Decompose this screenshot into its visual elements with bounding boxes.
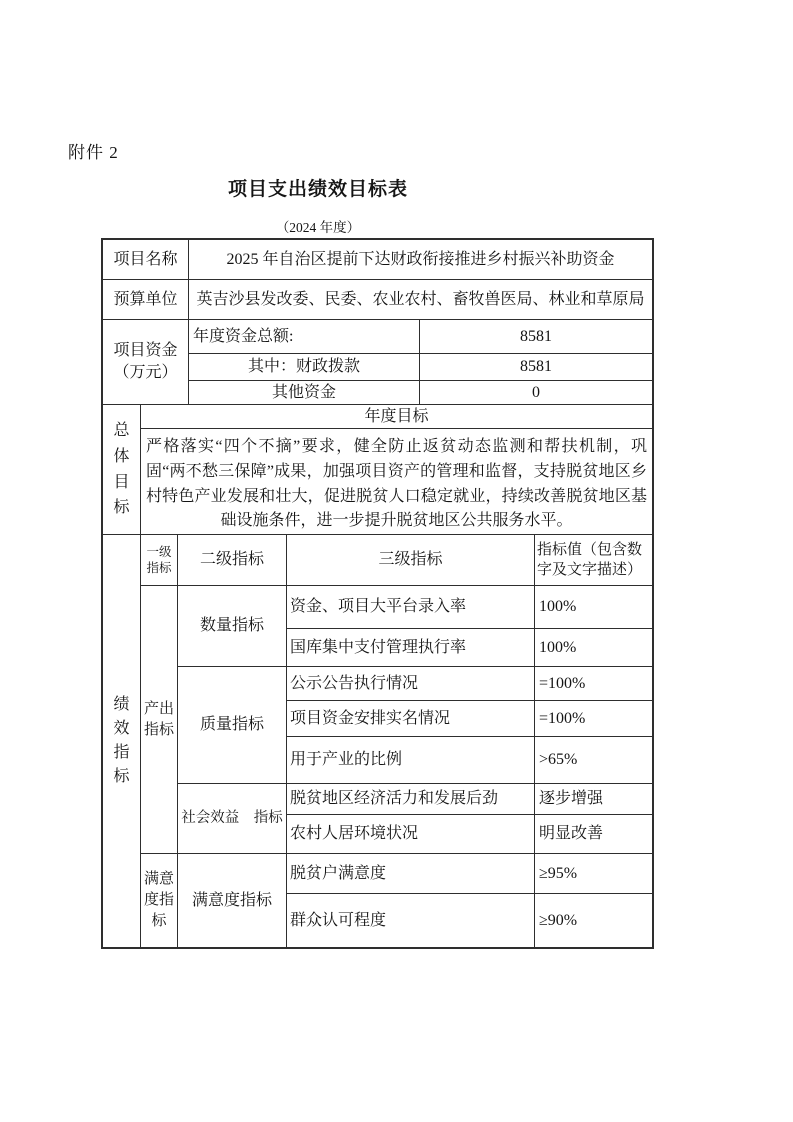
indicator-cell: 脱贫户满意度 [287,854,535,894]
header-level2: 二级指标 [178,535,287,586]
budget-unit-value: 英吉沙县发改委、民委、农业农村、畜牧兽医局、林业和草原局 [189,280,652,320]
fund-item-fiscal: 其中：财政拨款 [189,354,420,381]
header-level1: 一级 指标 [141,535,178,586]
indicator-value-cell: =100% [535,701,652,737]
level2-group-quantity: 数量指标 [178,586,287,667]
budget-unit-label: 预算单位 [103,280,189,320]
indicator-value-cell: 逐步增强 [535,784,652,815]
indicator-cell: 农村人居环境状况 [287,815,535,854]
performance-label: 绩 效 指 标 [103,535,141,947]
project-name-value: 2025 年自治区提前下达财政衔接推进乡村振兴补助资金 [189,240,652,280]
fund-amount-other: 0 [420,381,652,405]
project-funds-label: 项目资金 （万元） [103,320,189,405]
page-subtitle: （2024 年度） [68,216,568,236]
indicator-value-cell: 100% [535,586,652,629]
indicator-cell: 国库集中支付管理执行率 [287,629,535,667]
fund-item-other: 其他资金 [189,381,420,405]
level1-group-satisfaction: 满意 度指 标 [141,854,178,947]
level2-group-quality: 质量指标 [178,667,287,784]
fund-amount-fiscal: 8581 [420,354,652,381]
indicator-value-cell: >65% [535,737,652,784]
indicator-value-cell: 100% [535,629,652,667]
fund-item-total: 年度资金总额: [189,320,420,354]
indicator-cell: 公示公告执行情况 [287,667,535,701]
overall-goal-label: 总 体 目 标 [103,405,141,535]
performance-target-table: 项目名称 2025 年自治区提前下达财政衔接推进乡村振兴补助资金 预算单位 英吉… [101,238,654,949]
level2-group-satisfaction: 满意度指标 [178,854,287,947]
indicator-value-cell: =100% [535,667,652,701]
indicator-cell: 脱贫地区经济活力和发展后劲 [287,784,535,815]
indicator-cell: 群众认可程度 [287,894,535,947]
annual-goal-text: 严格落实“四个不摘”要求，健全防止返贫动态监测和帮扶机制，巩固“两不愁三保障”成… [141,429,652,535]
title-block: 项目支出绩效目标表 （2024 年度） [68,174,568,236]
annual-goal-header: 年度目标 [141,405,652,429]
level1-group-output: 产出 指标 [141,586,178,854]
indicator-value-cell: 明显改善 [535,815,652,854]
fund-amount-total: 8581 [420,320,652,354]
level2-group-social: 社会效益 指标 [178,784,287,854]
attachment-label: 附件 2 [68,138,119,163]
header-indicator-value: 指标值（包含数 字及文字描述） [535,535,652,586]
indicator-value-cell: ≥90% [535,894,652,947]
indicator-cell: 项目资金安排实名情况 [287,701,535,737]
indicator-value-cell: ≥95% [535,854,652,894]
page-title: 项目支出绩效目标表 [68,174,568,201]
project-name-label: 项目名称 [103,240,189,280]
header-level3: 三级指标 [287,535,535,586]
indicator-cell: 资金、项目大平台录入率 [287,586,535,629]
indicator-cell: 用于产业的比例 [287,737,535,784]
